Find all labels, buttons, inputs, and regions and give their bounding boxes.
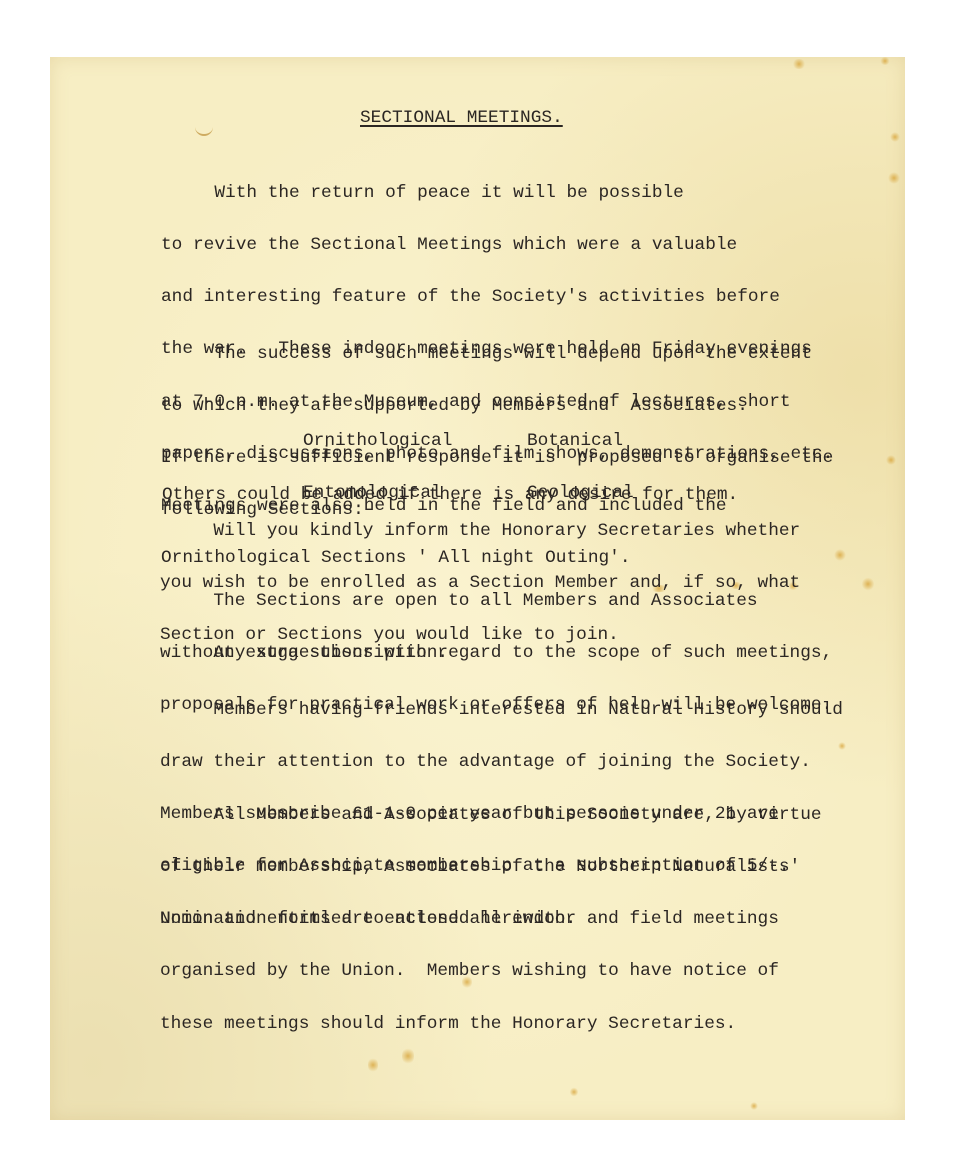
foxing-stain	[792, 59, 806, 69]
foxing-stain	[862, 577, 874, 591]
foxing-stain	[886, 455, 896, 465]
text-line: and interesting feature of the Society's…	[161, 289, 833, 306]
foxing-stain	[888, 172, 900, 184]
text-line: With the return of peace it will be poss…	[161, 185, 833, 202]
text-line: All Members and Associates of this Socie…	[160, 807, 822, 824]
text-line: The success of such meetings will depend…	[161, 346, 833, 363]
text-line: Union and entitled to attend all indoor …	[160, 911, 822, 928]
text-line: these meetings should inform the Honorar…	[160, 1016, 822, 1033]
text-line: Members having friends interested in Nat…	[160, 702, 843, 719]
foxing-stain	[834, 549, 846, 561]
section-name: Botanical	[527, 433, 634, 450]
section-name: Ornithological	[303, 433, 452, 450]
text-line: Any suggestions with regard to the scope…	[160, 645, 832, 662]
text-line: draw their attention to the advantage of…	[160, 754, 843, 771]
foxing-stain	[368, 1057, 378, 1073]
text-line: to revive the Sectional Meetings which w…	[161, 237, 833, 254]
foxing-stain	[570, 1087, 578, 1097]
text-line: Will you kindly inform the Honorary Secr…	[160, 523, 800, 540]
page-title: SECTIONAL MEETINGS.	[360, 110, 563, 127]
foxing-stain	[880, 57, 890, 65]
paragraph-union: All Members and Associates of this Socie…	[160, 772, 822, 1051]
foxing-stain	[890, 132, 900, 142]
text-line: organised by the Union. Members wishing …	[160, 963, 822, 980]
paper-mark	[195, 126, 213, 136]
text-line: to which they are supported by Members a…	[161, 398, 833, 415]
text-line: of their membership, Associates of the N…	[160, 859, 822, 876]
foxing-stain	[750, 1102, 758, 1110]
text-line: The Sections are open to all Members and…	[160, 593, 758, 610]
